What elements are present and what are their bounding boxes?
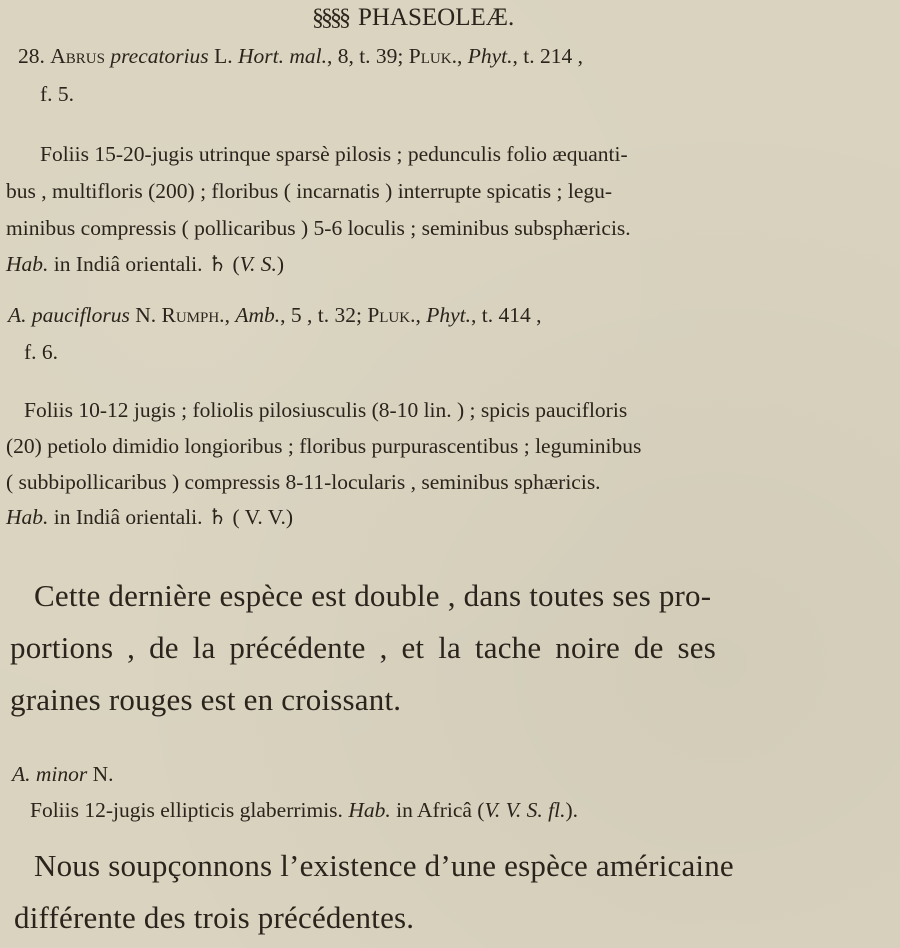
habitat-text: in Indiâ orientali. ♄ ( <box>54 252 240 276</box>
commentary-line: Cette dernière espèce est double , dans … <box>34 578 711 614</box>
section-symbol: §§§§ <box>312 5 348 31</box>
habitat-close: ) <box>277 252 284 276</box>
species-name: pauciflorus <box>32 303 130 327</box>
description-line: Foliis 10-12 jugis ; foliolis pilosiuscu… <box>24 398 627 423</box>
reference-detail: , 5 , t. 32; <box>280 303 362 327</box>
habitat-close: ). <box>566 798 579 822</box>
reference-author: Pluk. <box>409 44 457 68</box>
commentary-line: Nous soupçonnons l’existence d’une espèc… <box>34 848 734 884</box>
habitat-label: Hab. <box>6 505 48 529</box>
description-line: minibus compressis ( pollicaribus ) 5-6 … <box>6 216 631 241</box>
author: N. <box>93 762 114 786</box>
genus-name: Abrus <box>50 44 105 68</box>
reference-title: Hort. mal. <box>238 44 327 68</box>
genus-abbr: A. <box>8 303 27 327</box>
description-line: Foliis 12-jugis ellipticis glaberrimis. … <box>30 798 578 823</box>
section-title: PHASEOLEÆ. <box>358 4 514 31</box>
reference-title: Phyt. <box>426 303 471 327</box>
description-line: Foliis 15-20-jugis utrinque sparsè pilos… <box>40 142 628 167</box>
reference-title: Phyt. <box>468 44 513 68</box>
document-page: §§§§PHASEOLEÆ. 28. Abrus precatorius L. … <box>0 0 900 948</box>
entry-abrus-precatorius-title: 28. Abrus precatorius L. Hort. mal., 8, … <box>18 44 886 69</box>
entry-abrus-pauciflorus-title: A. pauciflorus N. Rumph., Amb., 5 , t. 3… <box>8 303 542 328</box>
habitat-label: Hab. <box>6 252 48 276</box>
author: N. <box>135 303 156 327</box>
reference-author: Pluk. <box>367 303 415 327</box>
commentary-line: portions , de la précédente , et la tach… <box>10 630 716 666</box>
reference-title: Amb. <box>235 303 280 327</box>
reference-detail: , 8, t. 39; <box>327 44 403 68</box>
description-line: (20) petiolo dimidio longioribus ; flori… <box>6 434 641 459</box>
species-name: precatorius <box>110 44 208 68</box>
description-line: ( subbipollicaribus ) compressis 8-11-lo… <box>6 470 601 495</box>
separator: , <box>457 44 462 68</box>
habitat-text: in Africâ ( <box>396 798 484 822</box>
section-heading: §§§§PHASEOLEÆ. <box>312 4 514 32</box>
commentary-line: différente des trois précédentes. <box>14 900 414 936</box>
habitat-note: V. V. S. fl. <box>484 798 565 822</box>
entry-abrus-minor-title: A. minor N. <box>12 762 114 787</box>
reference-author: Rumph. <box>162 303 225 327</box>
entry-continuation: f. 6. <box>24 340 58 365</box>
author: L. <box>214 44 233 68</box>
commentary-line: graines rouges est en croissant. <box>10 682 401 718</box>
description-text: Foliis 12-jugis ellipticis glaberrimis. <box>30 798 343 822</box>
habitat-text: in Indiâ orientali. ♄ ( V. V.) <box>54 505 293 529</box>
habitat-note: V. S. <box>240 252 277 276</box>
description-line: bus , multifloris (200) ; floribus ( inc… <box>6 179 612 204</box>
habitat-line: Hab. in Indiâ orientali. ♄ (V. S.) <box>6 252 284 277</box>
figure-ref: f. 5. <box>40 82 74 106</box>
figure-ref: f. 6. <box>24 340 58 364</box>
entry-number: 28. <box>18 44 45 68</box>
habitat-label: Hab. <box>348 798 390 822</box>
reference-detail: , t. 214 , <box>512 44 582 68</box>
habitat-line: Hab. in Indiâ orientali. ♄ ( V. V.) <box>6 505 293 530</box>
reference-detail: , t. 414 , <box>471 303 541 327</box>
genus-abbr: A. <box>12 762 31 786</box>
species-name: minor <box>36 762 87 786</box>
entry-continuation: f. 5. <box>40 82 74 107</box>
